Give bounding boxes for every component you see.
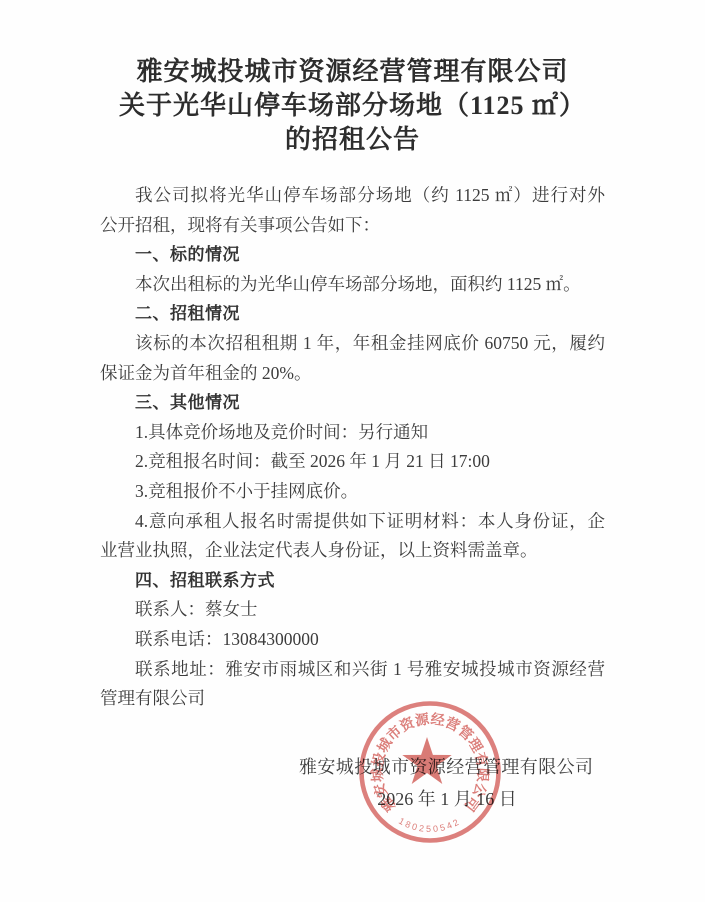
contact-person-line: 联系人：蔡女士 — [100, 595, 605, 625]
contact-address-line: 管理有限公司 — [100, 684, 605, 714]
title-line-3: 的招租公告 — [0, 123, 705, 157]
document-title: 雅安城投城市资源经营管理有限公司 关于光华山停车场部分场地（1125 ㎡） 的招… — [0, 0, 705, 157]
signature-date: 2026 年 1 月 16 日 — [299, 783, 595, 815]
signature-company-name: 雅安城投城市资源经营管理有限公司 — [299, 751, 595, 783]
section-heading-3: 三、其他情况 — [100, 388, 605, 418]
paragraph-intro-line: 我公司拟将光华山停车场部分场地（约 1125 ㎡）进行对外 — [100, 181, 605, 211]
section-heading-1: 一、标的情况 — [100, 240, 605, 270]
section-2-text-line: 保证金为首年租金的 20%。 — [100, 359, 605, 389]
section-heading-4: 四、招租联系方式 — [100, 566, 605, 596]
signature-block: 雅安城投城市资源经营管理有限公司 2026 年 1 月 16 日 — [299, 751, 595, 815]
section-3-item-3: 3.竞租报价不小于挂网底价。 — [100, 477, 605, 507]
section-heading-2: 二、招租情况 — [100, 299, 605, 329]
section-3-item-4-line: 4.意向承租人报名时需提供如下证明材料：本人身份证，企 — [100, 507, 605, 537]
document-page: 雅安城投城市资源经营管理有限公司 关于光华山停车场部分场地（1125 ㎡） 的招… — [0, 0, 705, 902]
paragraph-intro-line: 公开招租，现将有关事项公告如下： — [100, 211, 605, 241]
section-3-item-4-line: 业营业执照，企业法定代表人身份证，以上资料需盖章。 — [100, 536, 605, 566]
contact-phone-line: 联系电话：13084300000 — [100, 625, 605, 655]
document-body: 我公司拟将光华山停车场部分场地（约 1125 ㎡）进行对外 公开招租，现将有关事… — [100, 181, 605, 714]
contact-address-line: 联系地址：雅安市雨城区和兴街 1 号雅安城投城市资源经营 — [100, 655, 605, 685]
section-1-text: 本次出租标的为光华山停车场部分场地，面积约 1125 ㎡。 — [100, 270, 605, 300]
title-line-2: 关于光华山停车场部分场地（1125 ㎡） — [0, 89, 705, 123]
section-3-item-1: 1.具体竞价场地及竞价时间：另行通知 — [100, 418, 605, 448]
section-2-text-line: 该标的本次招租租期 1 年，年租金挂网底价 60750 元，履约 — [100, 329, 605, 359]
title-line-1: 雅安城投城市资源经营管理有限公司 — [0, 55, 705, 89]
section-3-item-2: 2.竞租报名时间：截至 2026 年 1 月 21 日 17:00 — [100, 447, 605, 477]
